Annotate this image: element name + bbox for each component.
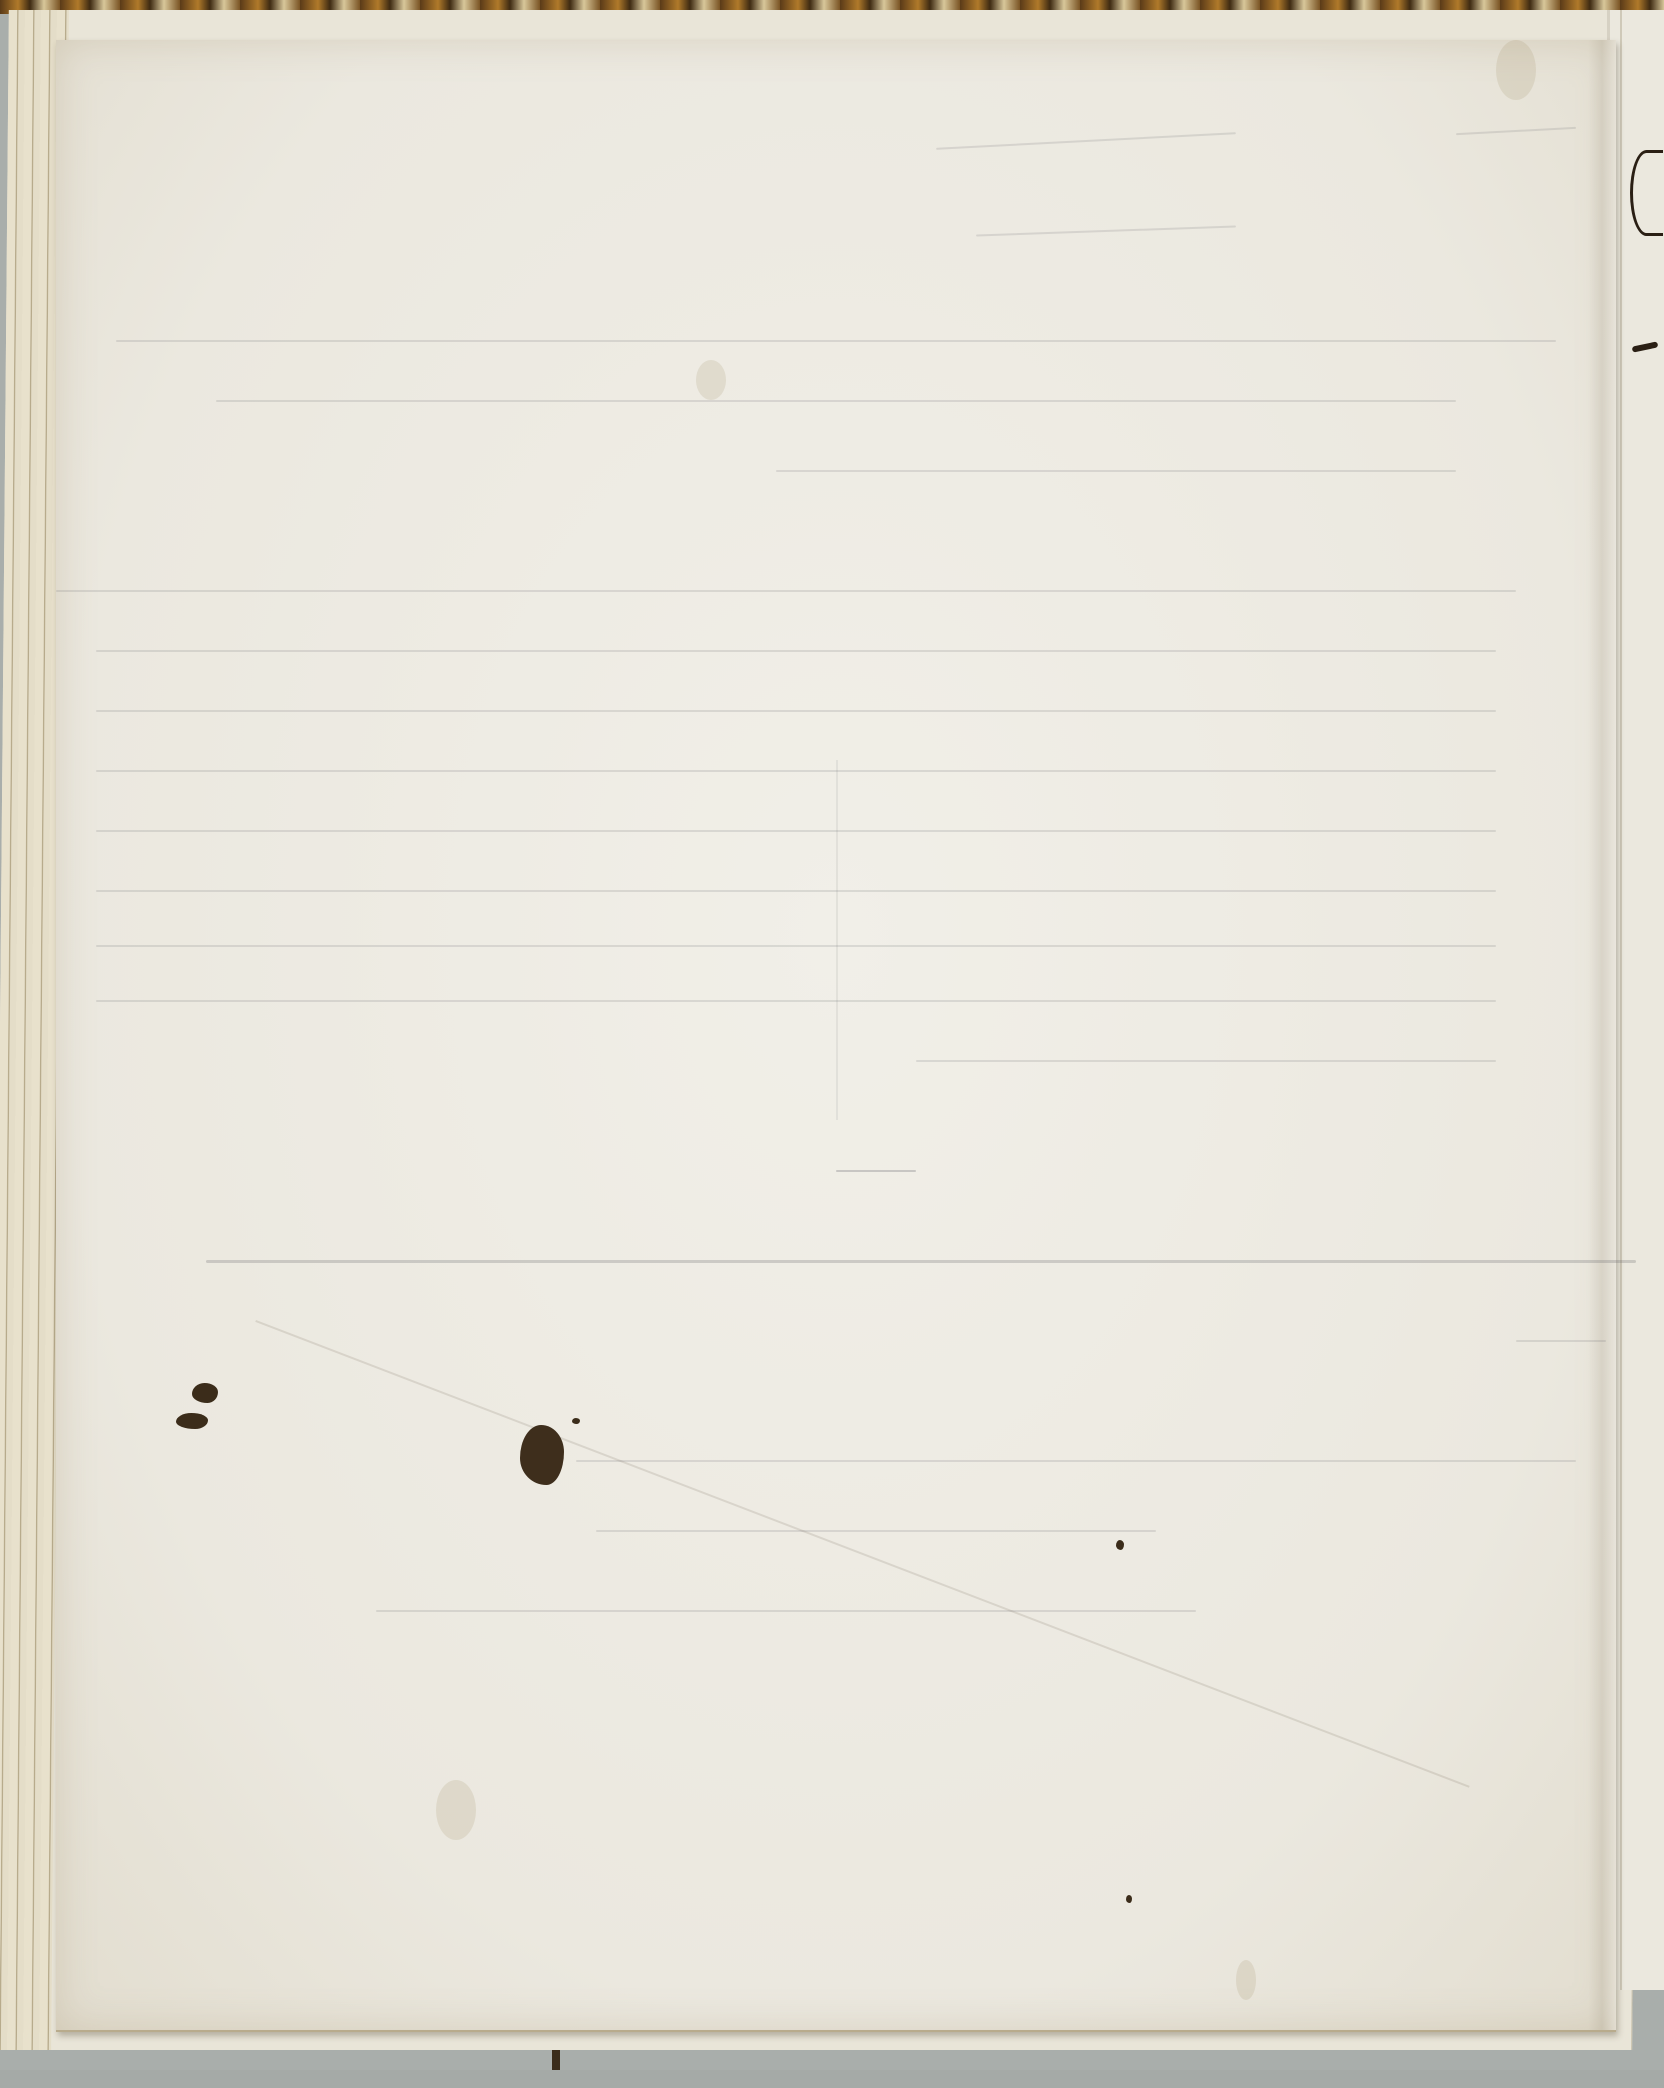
ink-mark-bottom-edge xyxy=(552,2050,560,2072)
bleed-through-line xyxy=(1456,127,1576,135)
ink-speck xyxy=(572,1418,580,1424)
bleed-through-line xyxy=(96,945,1496,947)
bleed-through-line xyxy=(56,590,1516,592)
bracket-ink-mark xyxy=(1630,150,1663,236)
bleed-through-line xyxy=(576,1460,1576,1462)
scan-bed-background xyxy=(0,2070,1664,2088)
paper-stain xyxy=(696,360,726,400)
bleed-through-line xyxy=(96,710,1496,712)
bleed-through-line xyxy=(1516,1340,1606,1342)
bleed-through-column-rule xyxy=(836,760,838,1120)
bleed-through-line xyxy=(216,400,1456,402)
bleed-through-line xyxy=(96,830,1496,832)
bleed-through-line xyxy=(976,225,1236,236)
ink-speck xyxy=(1126,1895,1132,1903)
gutter-fold xyxy=(1620,10,1622,1990)
bleed-through-line xyxy=(596,1530,1156,1532)
ink-stroke-mark xyxy=(1632,341,1659,352)
paper-stain xyxy=(1236,1960,1256,2000)
bleed-through-line xyxy=(96,650,1496,652)
ink-blot xyxy=(192,1383,218,1403)
ink-blot xyxy=(176,1413,208,1429)
bleed-through-line xyxy=(96,770,1496,772)
bleed-through-dash xyxy=(836,1170,916,1172)
bleed-through-line xyxy=(96,1000,1496,1002)
ink-speck xyxy=(1116,1540,1124,1550)
bleed-through-line xyxy=(936,132,1236,150)
manuscript-page xyxy=(56,40,1616,2032)
paper-stain xyxy=(1496,40,1536,100)
paper-stain xyxy=(436,1780,476,1840)
bleed-through-line xyxy=(116,340,1556,342)
manuscript-scan xyxy=(0,0,1664,2088)
bleed-through-line xyxy=(776,470,1456,472)
bleed-through-line xyxy=(96,890,1496,892)
ink-blot xyxy=(520,1425,564,1485)
bleed-through-signature-line xyxy=(206,1260,1636,1263)
paper-crease xyxy=(255,1320,1469,1788)
page-curl-shadow xyxy=(1588,40,1616,2030)
bleed-through-line xyxy=(916,1060,1496,1062)
bleed-through-line xyxy=(376,1610,1196,1612)
